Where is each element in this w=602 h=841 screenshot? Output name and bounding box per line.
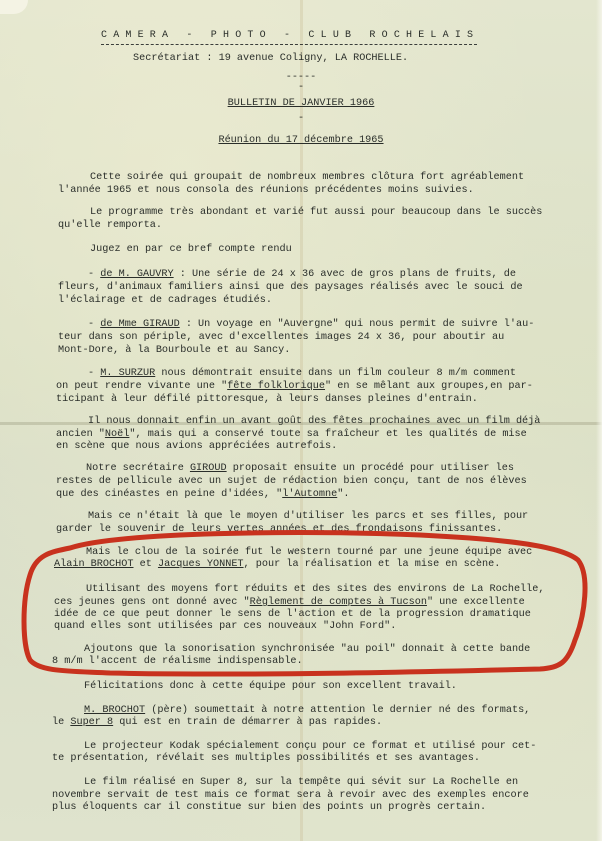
text: le xyxy=(52,717,70,728)
paragraph-line: plus éloquents car il constitue sur bien… xyxy=(52,801,486,814)
paragraph-line: te présentation, révélait ses multiples … xyxy=(52,752,480,765)
member-name: M. BROCHOT xyxy=(84,705,145,716)
paragraph-line: Félicitations donc à cette équipe pour s… xyxy=(84,680,457,693)
text: qui est en train de démarrer à pas rapid… xyxy=(113,717,382,728)
paragraph-line: le Super 8 qui est en train de démarrer … xyxy=(52,716,382,729)
format-name: Super 8 xyxy=(70,717,113,728)
paragraph-line: Le film réalisé en Super 8, sur la tempê… xyxy=(84,776,518,789)
text: (père) soumettait à notre attention le d… xyxy=(145,705,530,716)
